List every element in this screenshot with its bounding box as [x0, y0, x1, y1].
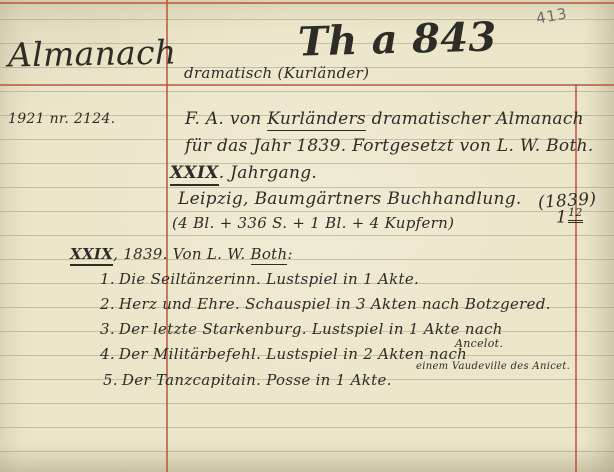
- list-item: 2.Herz und Ehre. Schauspiel in 3 Akten n…: [100, 295, 551, 313]
- contents-numeral-underlined: XXIX: [70, 245, 113, 266]
- item-text: Herz und Ehre. Schauspiel in 3 Akten nac…: [119, 295, 551, 313]
- contents-heading-colon: :: [287, 245, 292, 263]
- title-author-underlined: Kurländers: [267, 109, 366, 131]
- contents-author-underlined: Both: [251, 245, 288, 265]
- entry-imprint: Leipzig, Baumgärtners Buchhandlung.: [178, 189, 522, 209]
- catalog-card: Almanach Th a 843 413 dramatisch (Kurlän…: [0, 0, 614, 472]
- folio-number-pencil: 413: [535, 4, 569, 27]
- item-text: Der letzte Starkenburg. Lustspiel in 1 A…: [119, 320, 503, 338]
- entry-title-line1: F. A. von Kurländers dramatischer Almana…: [185, 109, 584, 129]
- item-text: Der Militärbefehl. Lustspiel in 2 Akten …: [119, 345, 467, 363]
- title-prefix: F. A. von: [185, 109, 267, 129]
- price-whole: 1: [556, 208, 567, 228]
- item-text: Die Seiltänzerinn. Lustspiel in 1 Akte.: [119, 270, 419, 288]
- entry-volume-line: XXIX. Jahrgang.: [170, 163, 317, 183]
- list-item: 5.Der Tanzcapitain. Posse in 1 Akte.: [103, 371, 392, 389]
- title-suffix: dramatischer Almanach: [366, 109, 584, 129]
- volume-numeral-underlined: XXIX: [170, 163, 219, 186]
- red-rule-header-divider: [0, 84, 614, 86]
- list-item: 4.Der Militärbefehl. Lustspiel in 2 Akte…: [100, 345, 467, 363]
- item-number: 3.: [100, 320, 115, 338]
- item-text: Der Tanzcapitain. Posse in 1 Akte.: [122, 371, 392, 389]
- call-number: Th a 843: [297, 13, 497, 65]
- interlinear-note: einem Vaudeville des Anicet.: [416, 361, 570, 372]
- classification: dramatisch: [184, 64, 272, 82]
- contents-heading-middle: , 1839. Von L. W.: [113, 245, 250, 263]
- item-number: 1.: [100, 270, 115, 288]
- volume-suffix: . Jahrgang.: [219, 163, 317, 183]
- red-rule-top: [0, 2, 614, 4]
- list-item: 3.Der letzte Starkenburg. Lustspiel in 1…: [100, 320, 503, 338]
- item-number: 4.: [100, 345, 115, 363]
- heading-keyword: Almanach: [8, 33, 177, 75]
- accession-number: 1921 nr. 2124.: [8, 111, 115, 127]
- contents-heading: XXIX, 1839. Von L. W. Both:: [70, 245, 293, 263]
- entry-title-line2: für das Jahr 1839. Fortgesetzt von L. W.…: [185, 136, 594, 156]
- item-number: 5.: [103, 371, 118, 389]
- classification-note: (Kurländer): [278, 64, 370, 82]
- classification-line: dramatisch (Kurländer): [184, 64, 369, 82]
- entry-collation: (4 Bl. + 336 S. + 1 Bl. + 4 Kupfern): [172, 214, 454, 232]
- item-number: 2.: [100, 295, 115, 313]
- price-fraction: 12: [568, 206, 583, 223]
- price-notation: 112: [556, 206, 583, 228]
- list-item: 1.Die Seiltänzerinn. Lustspiel in 1 Akte…: [100, 270, 419, 288]
